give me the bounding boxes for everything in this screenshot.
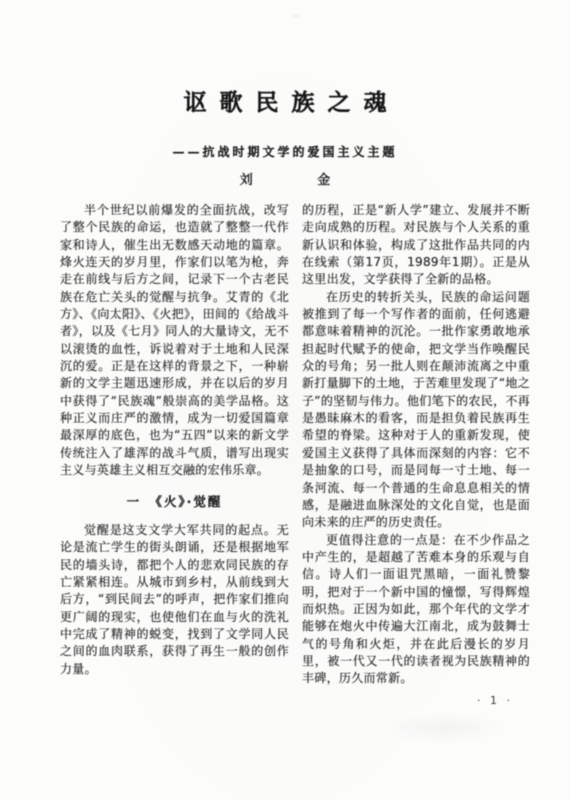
body-paragraph: 觉醒是这支文学大军共同的起点。无论是流亡学生的街头朗诵，还是根据地军民的墙头诗，…	[60, 522, 289, 678]
body-paragraph: 半个世纪以前爆发的全面抗战，改写了整个民族的命运，也造就了整整一代作家和诗人，催…	[60, 202, 289, 480]
article-subtitle: ——抗战时期文学的爱国主义主题	[0, 143, 570, 160]
right-column: 的历程，正是“新人学”建立、发展并不断走向成熟的历程。对民族与个人关系的重新认识…	[302, 202, 530, 706]
article-title: 讴歌民族之魂	[0, 84, 570, 117]
page-number: · 1 ·	[455, 694, 535, 707]
section-heading: 一 《火》·觉醒	[60, 493, 289, 510]
scanned-page: 讴歌民族之魂 ——抗战时期文学的爱国主义主题 刘 金 半个世纪以前爆发的全面抗战…	[0, 0, 570, 800]
body-paragraph: 的历程，正是“新人学”建立、发展并不断走向成熟的历程。对民族与个人关系的重新认识…	[302, 202, 530, 289]
author-name: 刘 金	[0, 169, 570, 188]
body-paragraph: 更值得注意的一点是：在不少作品之中产生的，是超越了苦难本身的乐观与自信。诗人们一…	[302, 532, 530, 688]
body-paragraph: 在历史的转折关头，民族的命运问题被推到了每一个写作者的面前，任何逃避都意味着精神…	[302, 289, 530, 532]
left-column: 半个世纪以前爆发的全面抗战，改写了整个民族的命运，也造就了整整一代作家和诗人，催…	[60, 202, 289, 706]
